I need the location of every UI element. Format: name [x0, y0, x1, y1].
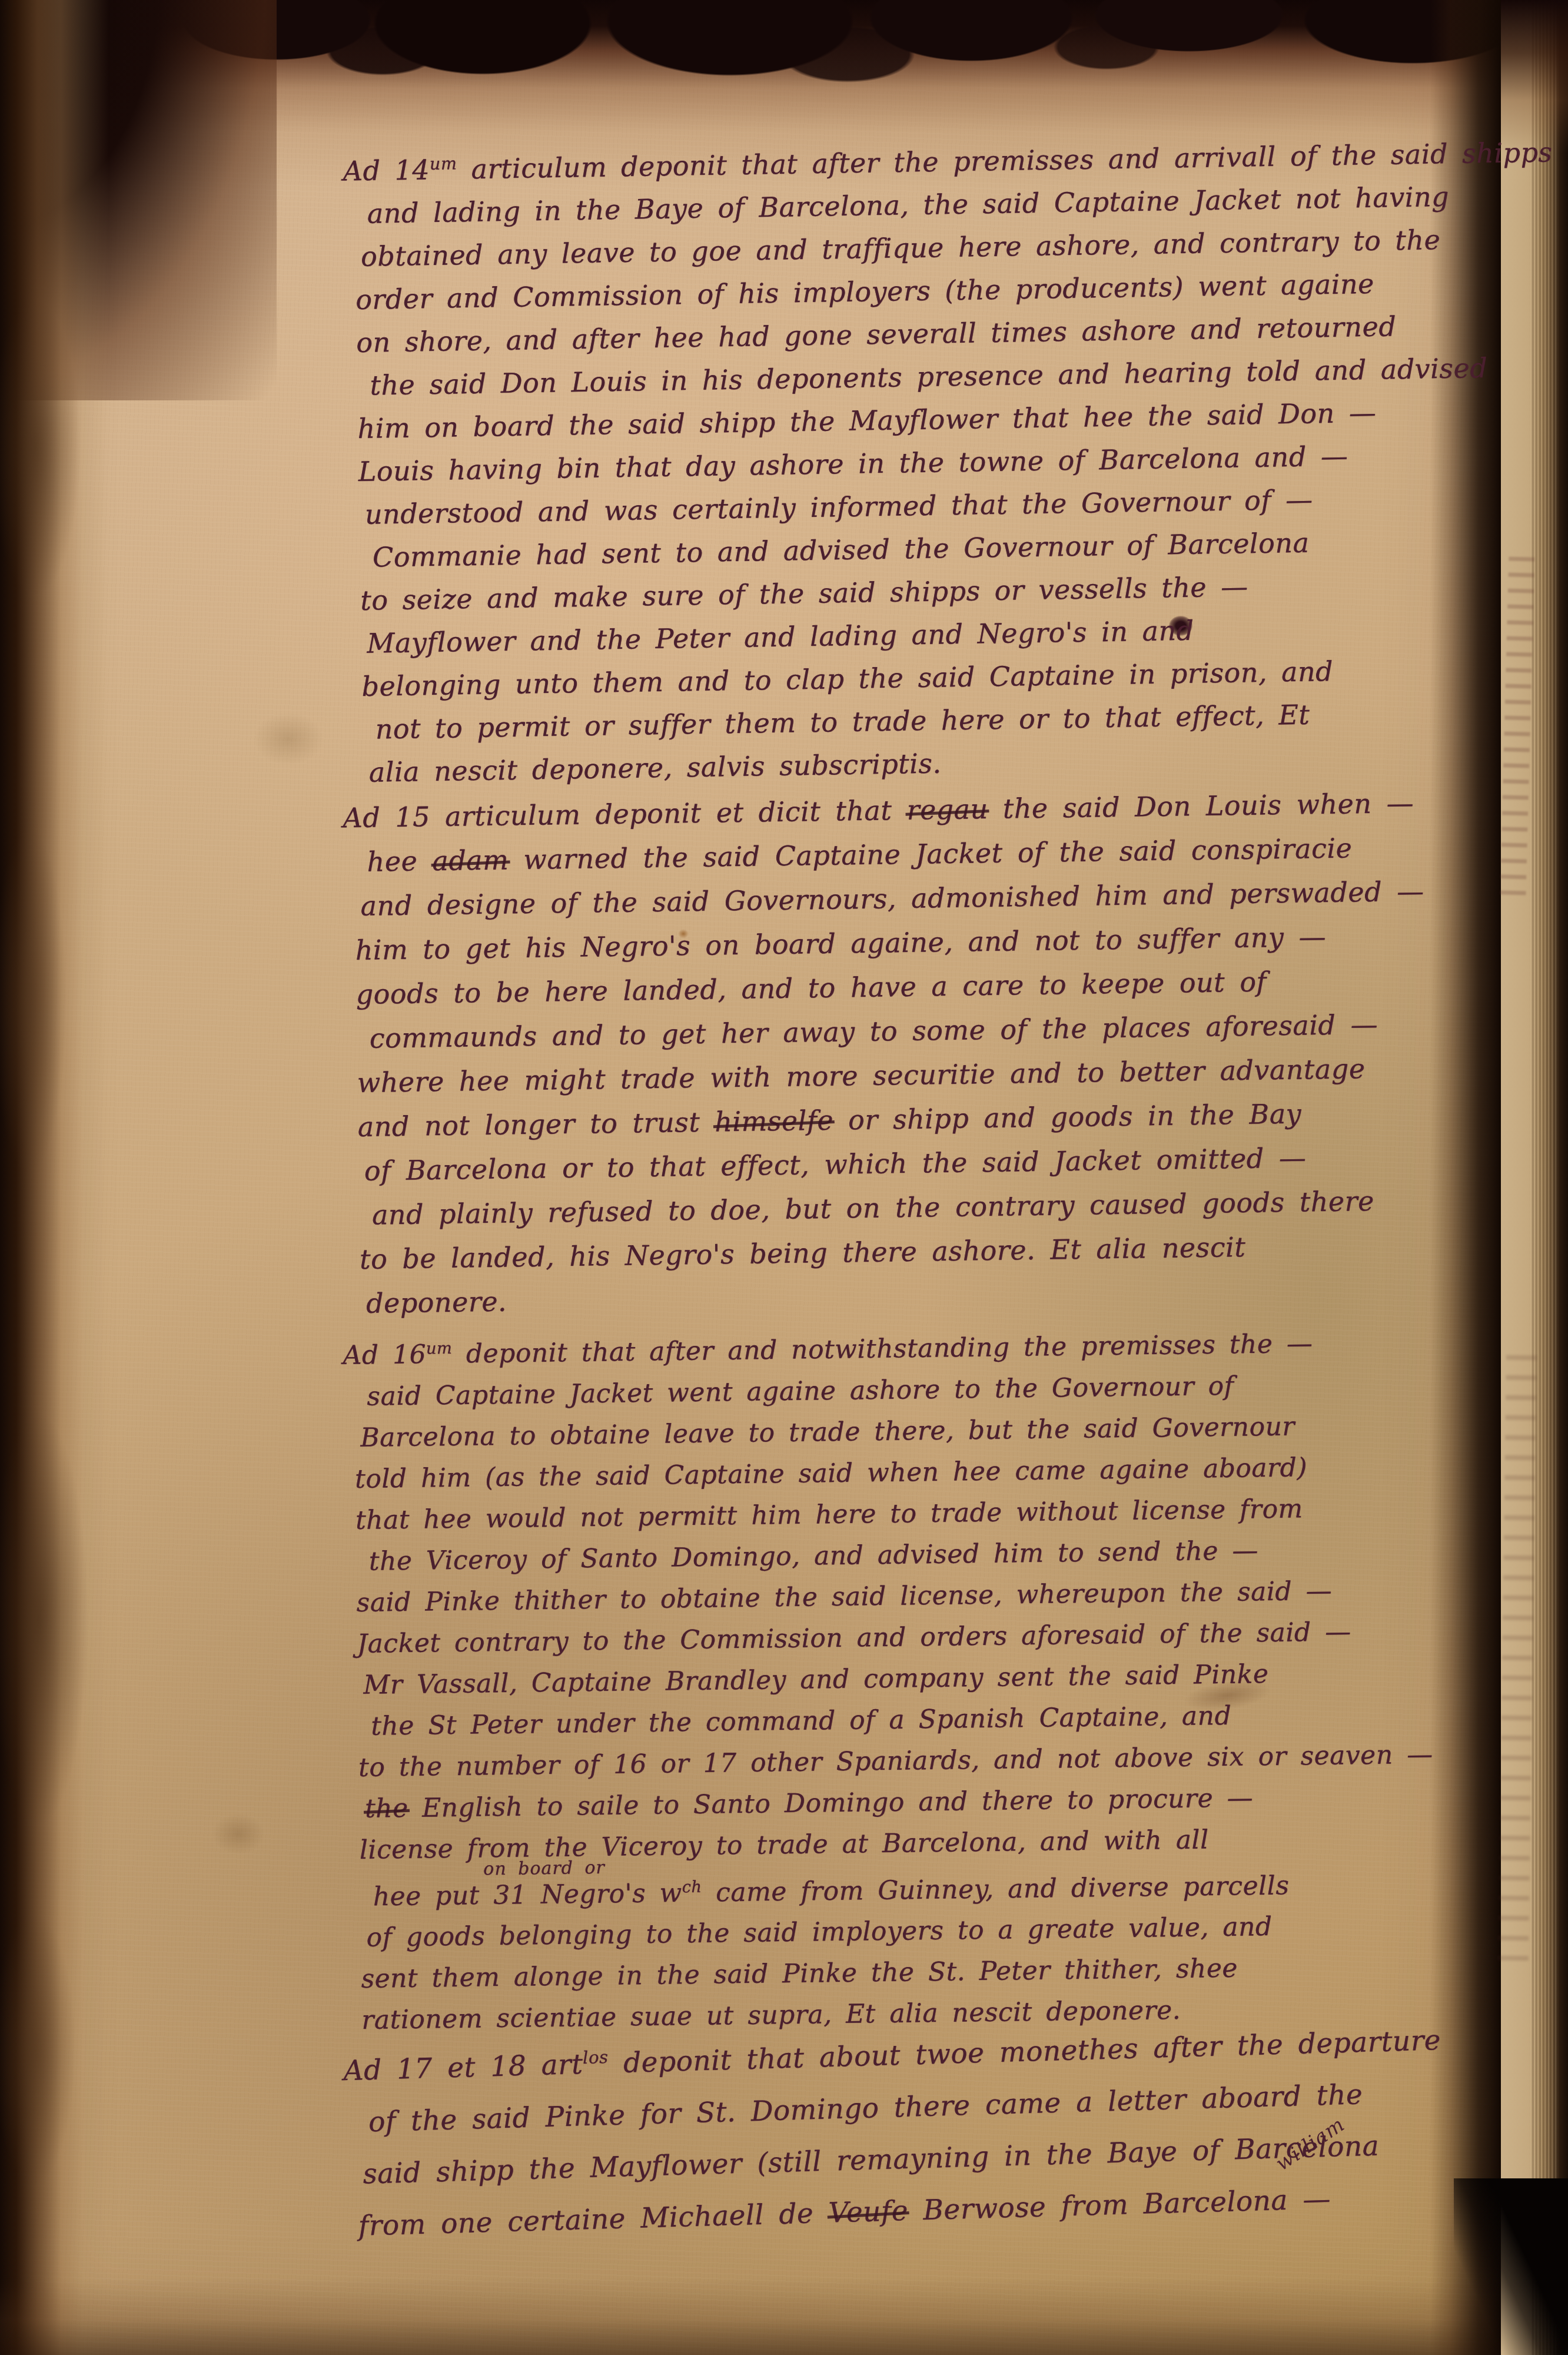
article-14-deposition: Ad 14um articulum deponit that after the… [353, 125, 1562, 794]
manuscript-text: deponit that after and notwithstanding t… [452, 1329, 1313, 1369]
manuscript-text: hee [367, 845, 432, 878]
manuscript-text: to be landed, his Negro's being there as… [360, 1231, 1246, 1275]
manuscript-text: Ad 17 et 18 art [343, 2048, 583, 2087]
foxing-stain [212, 1813, 265, 1855]
manuscript-text: not to permit or suffer them to trade he… [375, 699, 1310, 745]
article-17-18-deposition: Ad 17 et 18 artlos deponit that about tw… [353, 2008, 1446, 2252]
struck-through-word: Veufe [828, 2194, 909, 2229]
superscript-abbreviation: um [426, 1339, 453, 1358]
manuscript-text: sent them alonge in the said Pinke the S… [361, 1953, 1238, 1994]
manuscript-text: or shipp and goods in the Bay [833, 1098, 1302, 1136]
manuscript-text: to seize and make sure of the said shipp… [360, 571, 1248, 617]
manuscript-text: said Pinke thither to obtaine the said l… [356, 1575, 1332, 1617]
manuscript-text: alia nescit deponere, salvis subscriptis… [368, 748, 942, 788]
manuscript-text: that hee would not permitt him here to t… [356, 1494, 1303, 1535]
struck-through-word: himselfe [715, 1104, 833, 1138]
manuscript-text: came from Guinney, and diverse parcells [702, 1870, 1289, 1908]
manuscript-text: Ad 15 articulum deponit et dicit that [343, 794, 907, 834]
manuscript-text: him to get his Negro's on board againe, … [355, 921, 1326, 966]
manuscript-text: the Viceroy of Santo Domingo, and advise… [369, 1535, 1259, 1576]
struck-through-word: the [365, 1793, 408, 1824]
manuscript-text: where hee might trade with more securiti… [357, 1053, 1365, 1099]
manuscript-text: hee put 31 Negro's w [373, 1878, 682, 1912]
manuscript-text: the St Peter under the command of a Span… [371, 1700, 1231, 1741]
manuscript-text: and not longer to trust [357, 1106, 715, 1142]
bottom-edge-shadow [0, 2278, 1501, 2355]
manuscript-text: Mr Vassall, Captaine Brandley and compan… [363, 1659, 1269, 1700]
superscript-abbreviation: los [583, 2047, 609, 2068]
manuscript-text: English to saile to Santo Domingo and th… [408, 1783, 1253, 1823]
article-15-deposition: Ad 15 articulum deponit et dicit that re… [353, 781, 1430, 1326]
manuscript-text: warned the said Captaine Jacket of the s… [509, 832, 1353, 875]
manuscript-text: Mayflower and the Peter and lading and N… [367, 615, 1194, 659]
manuscript-text: Jacket contrary to the Commission and or… [357, 1617, 1351, 1659]
manuscript-text: Berwose from Barcelona — [908, 2182, 1331, 2227]
manuscript-text: Ad 14 [343, 154, 430, 187]
manuscript-text: Barcelona to obtaine leave to trade ther… [360, 1411, 1295, 1452]
foxing-stain [253, 712, 324, 765]
manuscript-text: said Captaine Jacket went againe ashore … [367, 1371, 1234, 1411]
superscript-abbreviation: ch [682, 1878, 702, 1896]
superscript-abbreviation: um [430, 154, 457, 174]
article-16-deposition: Ad 16um deponit that after and notwithst… [353, 1316, 1436, 2042]
manuscript-text: the said Don Louis when — [988, 787, 1414, 825]
manuscript-text: goods to be here landed, and to have a c… [356, 966, 1267, 1010]
manuscript-text: and designe of the said Governours, admo… [360, 875, 1424, 922]
manuscript-photograph: Ad 14um articulum deponit that after the… [0, 0, 1568, 2355]
manuscript-text: deponere. [366, 1285, 507, 1319]
manuscript-text: of Barcelona or to that effect, which th… [364, 1142, 1307, 1186]
manuscript-text: Ad 16 [343, 1339, 426, 1371]
struck-through-word: adam [432, 844, 509, 877]
manuscript-text: commaunds and to get her away to some of… [369, 1009, 1378, 1054]
manuscript-text: from one certaine Michaell de [358, 2197, 829, 2242]
manuscript-text: to the number of 16 or 17 other Spaniard… [358, 1739, 1433, 1782]
manuscript-text: and plainly refused to doe, but on the c… [372, 1185, 1375, 1231]
bottom-right-dark-corner [1454, 2178, 1568, 2355]
manuscript-text: of goods belonging to the said imployers… [366, 1912, 1273, 1953]
left-edge-dark-patches [0, 0, 153, 2355]
manuscript-text: told him (as the said Captaine said when… [355, 1452, 1307, 1494]
interlineation: on board or [483, 1859, 605, 1879]
struck-through-word: regau [906, 793, 988, 826]
